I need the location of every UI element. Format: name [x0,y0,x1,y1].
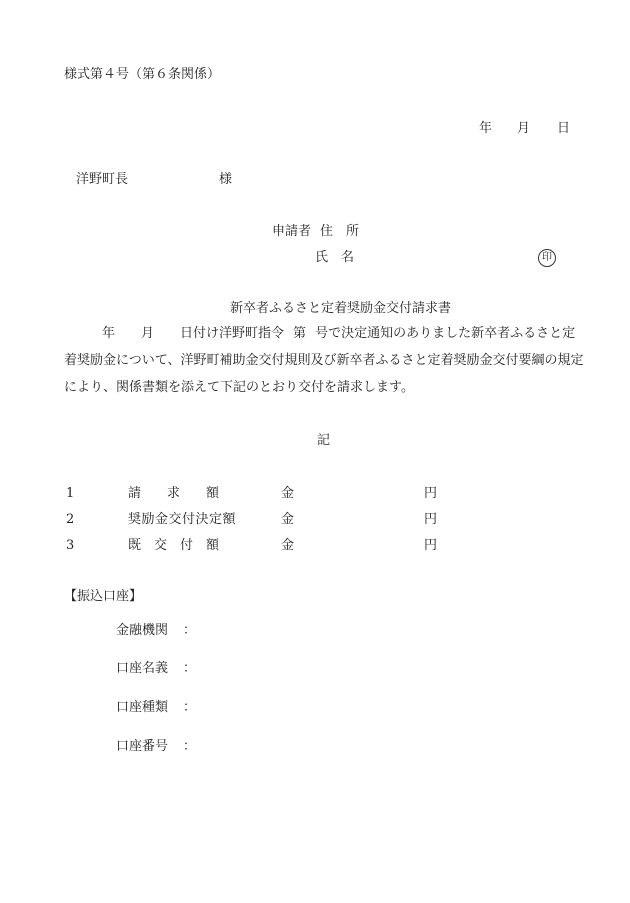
bank-field-label: 口座種類 [116,700,168,716]
item-no: 2 [66,512,74,528]
body-line-2: 着奨励金について、洋野町補助金交付規則及び新卒者ふるさと定着奨励金交付要綱の規定 [64,347,584,374]
item-no: 1 [66,486,74,502]
item-prefix: 金 [281,512,294,528]
bank-field-label: 口座名義 [116,661,168,677]
bank-field-label: 金融機関 [116,623,168,639]
item-label: 奨励金交付決定額 [128,512,236,528]
address-label: 住 所 [320,224,359,240]
item-label: 既 交 付 額 [128,538,219,554]
honorific: 様 [219,172,232,188]
bank-field-colon: ： [183,700,196,716]
applicant-label: 申請者 [272,224,311,240]
item-unit: 円 [424,486,437,502]
bank-field-colon: ： [183,623,196,639]
item-prefix: 金 [281,538,294,554]
body-paragraph: 年月日付け洋野町指令第号で決定通知のありました新卒者ふるさと定 着奨励金について… [64,320,584,401]
body-text-a: 日付け洋野町指令 [180,326,284,341]
bank-field-colon: ： [183,739,196,755]
date-year: 年 [479,121,492,137]
ki-heading: 記 [317,433,330,449]
item-unit: 円 [424,512,437,528]
body-line-3: により、関係書類を添えて下記のとおり交付を請求します。 [64,374,584,401]
date-day: 日 [557,121,570,137]
item-no: 3 [66,538,74,554]
body-text-c: 号で決定通知のありました新卒者ふるさと定 [315,326,575,341]
item-label: 請 求 額 [128,486,219,502]
body-year: 年 [102,326,115,341]
body-month: 月 [141,326,154,341]
form-number: 様式第４号（第６条関係） [64,67,220,83]
bank-field-label: 口座番号 [116,739,168,755]
item-prefix: 金 [281,486,294,502]
name-label: 氏 名 [315,250,354,266]
document-title: 新卒者ふるさと定着奨励金交付請求書 [230,301,451,317]
addressee: 洋野町長 [76,172,128,188]
bank-field-colon: ： [183,661,196,677]
seal-mark-icon: 印 [538,249,556,267]
body-text-b: 第 [293,326,306,341]
date-month: 月 [517,121,530,137]
item-unit: 円 [424,538,437,554]
body-line-1: 年月日付け洋野町指令第号で決定通知のありました新卒者ふるさと定 [64,320,584,347]
bank-heading: 【振込口座】 [64,589,142,605]
